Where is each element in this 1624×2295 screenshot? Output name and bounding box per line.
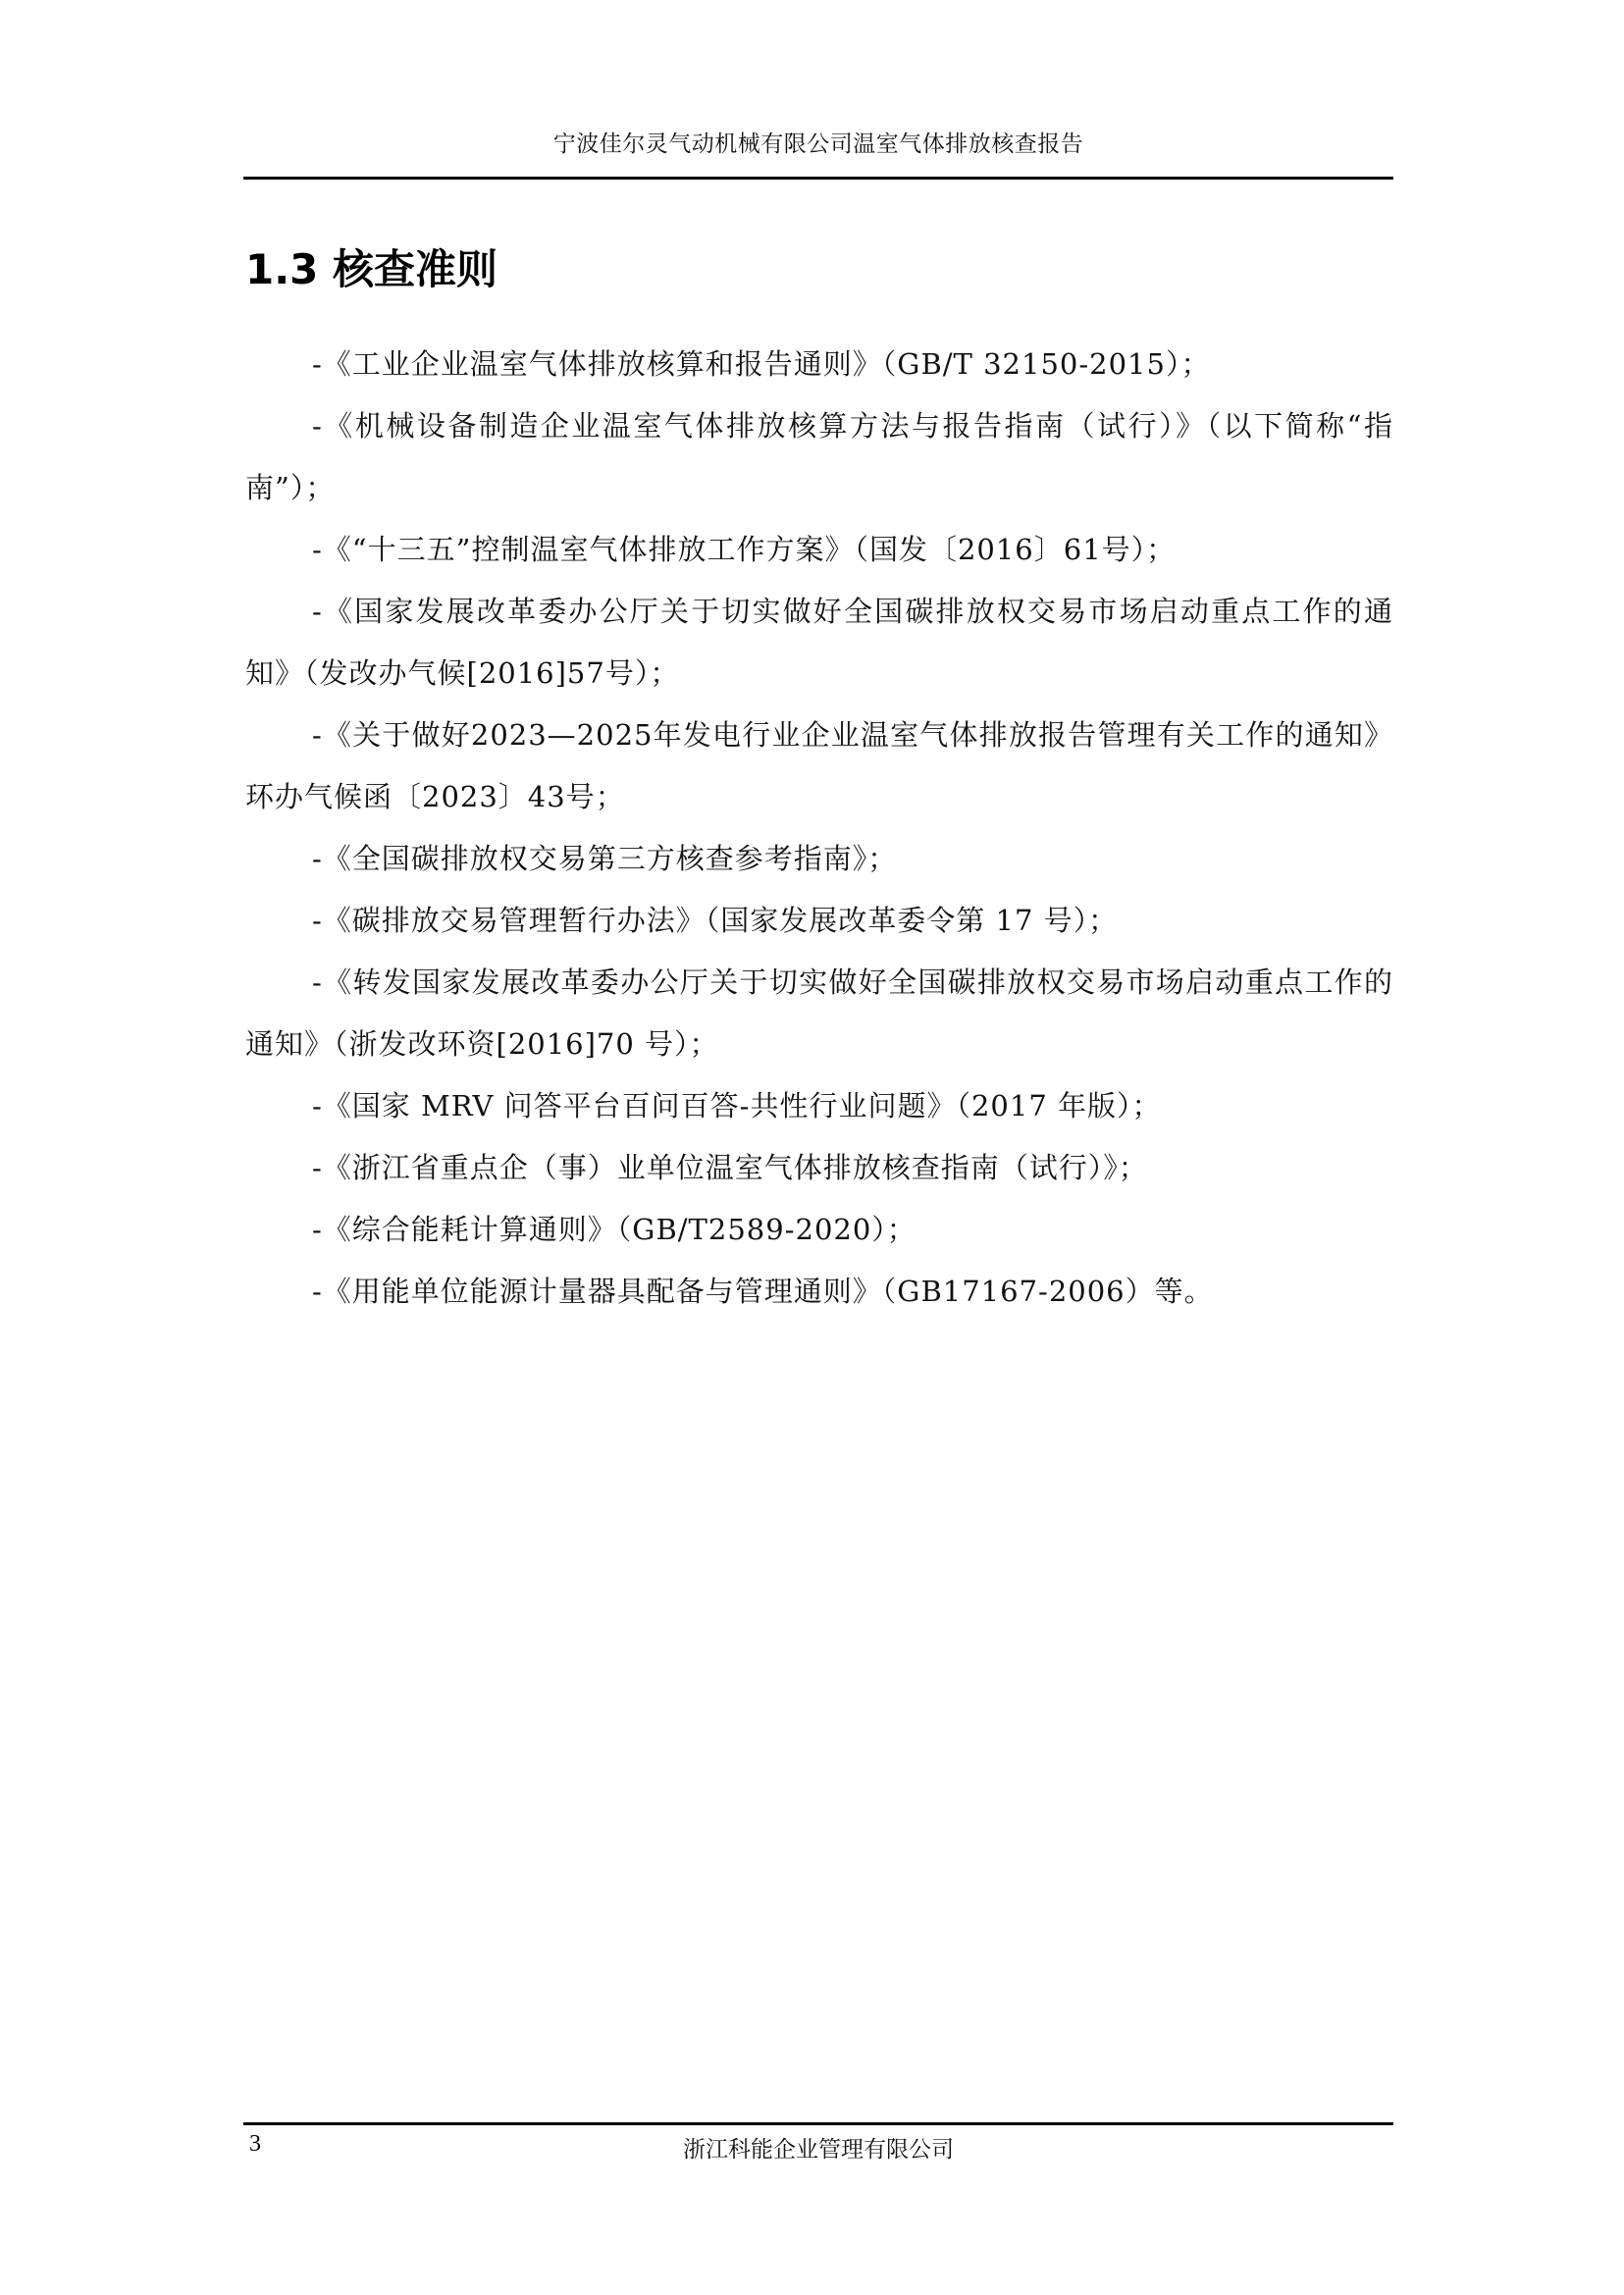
criteria-item: -《全国碳排放权交易第三方核查参考指南》； — [245, 828, 1393, 890]
criteria-item: -《国家 MRV 问答平台百问百答-共性行业问题》（2017 年版）； — [245, 1075, 1393, 1137]
header-divider — [243, 177, 1393, 180]
section-heading: 1.3 核查准则 — [245, 237, 498, 296]
criteria-item: -《“十三五”控制温室气体排放工作方案》（国发〔2016〕61号）； — [245, 519, 1393, 581]
running-header-title: 宁波佳尔灵气动机械有限公司温室气体排放核查报告 — [243, 126, 1393, 158]
criteria-item: -《转发国家发展改革委办公厅关于切实做好全国碳排放权交易市场启动重点工作的通知》… — [245, 952, 1393, 1075]
criteria-item: -《用能单位能源计量器具配备与管理通则》（GB17167-2006）等。 — [245, 1261, 1393, 1323]
criteria-item: -《碳排放交易管理暂行办法》（国家发展改革委令第 17 号）； — [245, 890, 1393, 952]
criteria-item: -《浙江省重点企（事）业单位温室气体排放核查指南（试行）》； — [245, 1137, 1393, 1199]
criteria-item: -《工业企业温室气体排放核算和报告通则》（GB/T 32150-2015）； — [245, 334, 1393, 395]
criteria-list: -《工业企业温室气体排放核算和报告通则》（GB/T 32150-2015）； -… — [245, 334, 1393, 1323]
criteria-item: -《国家发展改革委办公厅关于切实做好全国碳排放权交易市场启动重点工作的通知》（发… — [245, 581, 1393, 704]
criteria-item: -《关于做好2023—2025年发电行业企业温室气体排放报告管理有关工作的通知》… — [245, 704, 1393, 828]
criteria-item: -《机械设备制造企业温室气体排放核算方法与报告指南（试行）》（以下简称“指南”）… — [245, 395, 1393, 519]
criteria-item: -《综合能耗计算通则》（GB/T2589-2020）； — [245, 1199, 1393, 1261]
footer-organization: 浙江科能企业管理有限公司 — [243, 2131, 1393, 2164]
footer-divider — [243, 2122, 1393, 2125]
